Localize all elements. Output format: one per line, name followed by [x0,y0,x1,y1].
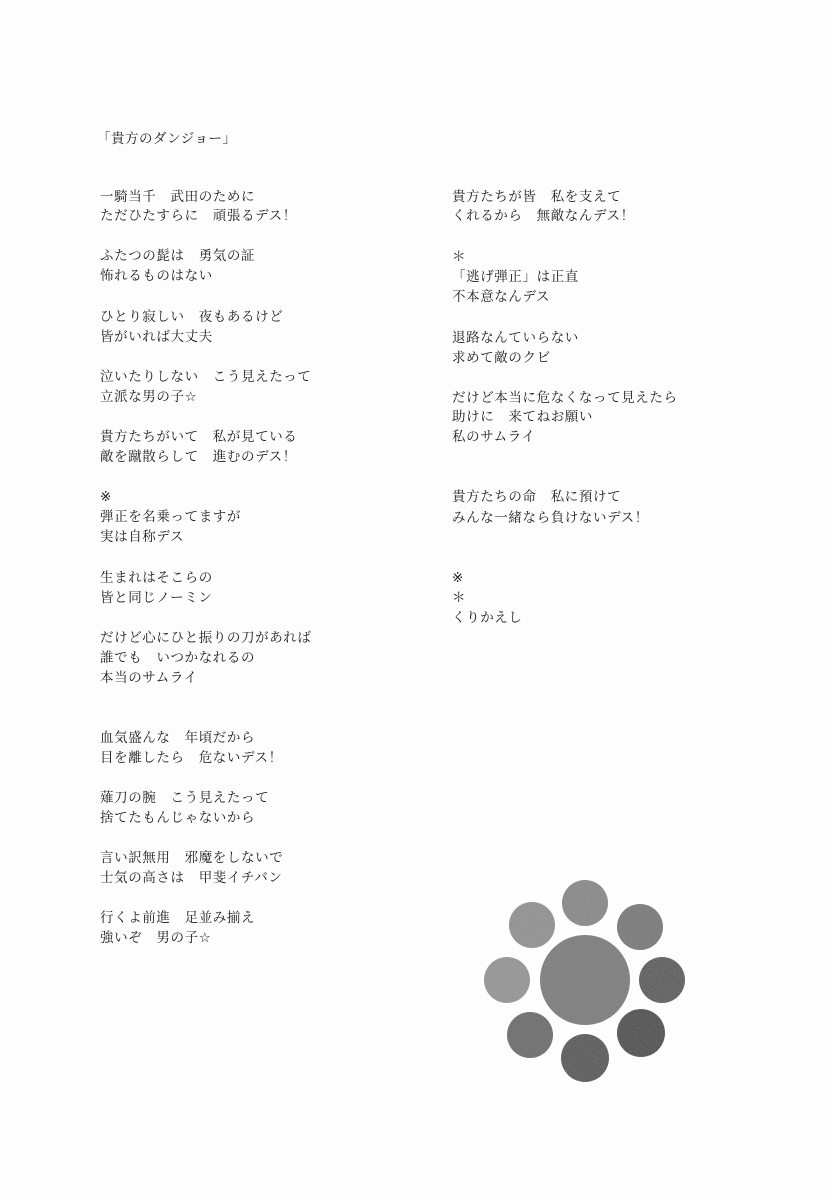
lyric-line: 目を離したら 危ないデス！ [100,749,283,767]
crest-circle-bottom-left [507,1012,553,1058]
crest-circle-top [562,880,608,926]
crest-circle-bottom [561,1034,609,1082]
lyric-line: 敵を蹴散らして 進むのデス！ [100,448,297,466]
lyric-line: だけど本当に危なくなって見えたら [452,389,678,407]
lyric-line: 泣いたりしない こう見えたって [100,368,312,386]
lyric-line: ※ [100,488,112,506]
lyric-line: ひとり寂しい 夜もあるけど [100,308,283,326]
lyric-line: 弾正を名乗ってますが [100,508,241,526]
lyric-line: 行くよ前進 足並み揃え [100,909,255,927]
lyric-line: 貴方たちの命 私に預けて [452,488,621,506]
lyric-line: ※ [452,569,464,587]
lyric-line: くれるから 無敵なんデス！ [452,207,635,225]
lyric-line: ふたつの髭は 勇気の証 [100,247,255,265]
lyric-line: 貴方たちがいて 私が見ている [100,428,297,446]
lyric-line: みんな一緒なら負けないデス！ [452,509,649,527]
lyric-line: ＊ [452,248,466,266]
lyric-line: だけど心にひと振りの刀があれば [100,629,312,647]
crest-circle-top-left [509,902,555,948]
lyric-line: 不本意なんデス [452,288,550,306]
lyric-line: ＊ [452,589,466,607]
lyric-line: 求めて敵のクビ [452,349,551,367]
lyric-line: くりかえし [452,609,523,627]
lyric-line: 実は自称デス [100,528,184,546]
lyric-line: 本当のサムライ [100,669,198,687]
lyric-line: 生まれはそこらの [100,569,213,587]
crest-circle-top-right [617,904,663,950]
nine-circle-crest-icon [480,875,695,1090]
lyric-line: 皆と同じノーミン [100,589,212,607]
lyric-line: 誰でも いつかなれるの [100,649,255,667]
song-title: 「貴方のダンジョー」 [97,130,237,148]
crest-circle-center [540,935,630,1025]
lyric-line: 皆がいれば大丈夫 [100,328,213,346]
lyric-line: 立派な男の子☆ [100,388,197,406]
lyric-line: ただひたすらに 頑張るデス！ [100,207,297,225]
lyric-line: 薙刀の腕 こう見えたって [100,789,269,807]
crest-circle-right [639,957,685,1003]
lyric-line: 言い訳無用 邪魔をしないで [100,849,283,867]
lyric-line: 「逃げ弾正」は正直 [452,268,579,286]
lyric-line: 怖れるものはない [100,267,213,285]
lyric-line: 助けに 来てねお願い [452,408,593,426]
lyric-line: 強いぞ 男の子☆ [100,929,211,947]
lyric-line: 退路なんていらない [452,329,579,347]
lyric-line: 捨てたもんじゃないから [100,809,255,827]
lyric-line: 士気の高さは 甲斐イチバン [100,869,283,887]
lyric-line: 一騎当千 武田のために [100,188,255,206]
lyric-line: 私のサムライ [452,428,536,446]
lyric-line: 血気盛んな 年頃だから [100,729,255,747]
lyrics-page: 「貴方のダンジョー」 一騎当千 武田のためにただひたすらに 頑張るデス！ふたつの… [0,0,832,1200]
lyric-line: 貴方たちが皆 私を支えて [452,188,621,206]
crest-circle-left [484,957,530,1003]
crest-circle-bottom-right [617,1009,665,1057]
crest-emblem-icon [480,875,695,1090]
